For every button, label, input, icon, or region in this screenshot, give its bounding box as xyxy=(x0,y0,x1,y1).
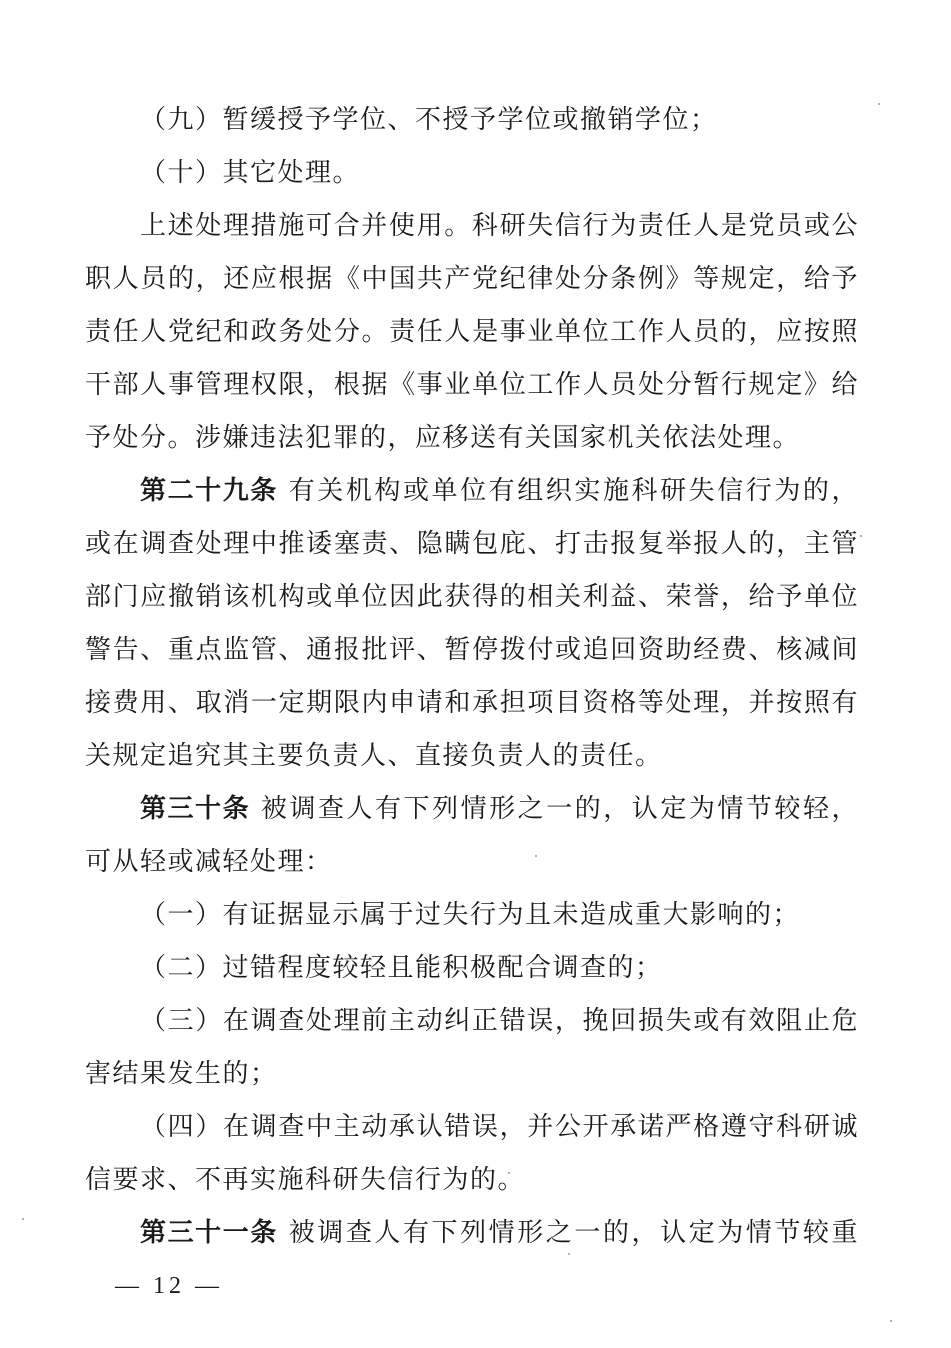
line-text: （十）其它处理。 xyxy=(140,158,360,188)
article-30-line-2: 可从轻或减轻处理： xyxy=(85,842,859,882)
paragraph-measures-line-3: 责任人党纪和政务处分。责任人是事业单位工作人员的，应按照 xyxy=(85,312,859,352)
scan-speck xyxy=(22,1218,24,1220)
article-30-item-1: （一）有证据显示属于过失行为且未造成重大影响的； xyxy=(140,895,859,935)
paragraph-measures-line-4: 干部人事管理权限，根据《事业单位工作人员处分暂行规定》给 xyxy=(85,365,859,405)
line-text: （九）暂缓授予学位、不授予学位或撤销学位； xyxy=(140,105,718,135)
line-text: 责任人党纪和政务处分。责任人是事业单位工作人员的，应按照 xyxy=(85,317,859,347)
article-29-line-2: 或在调查处理中推诿塞责、隐瞒包庇、打击报复举报人的，主管 xyxy=(85,524,859,564)
line-text: 予处分。涉嫌违法犯罪的，应移送有关国家机关依法处理。 xyxy=(85,423,800,453)
line-text: 干部人事管理权限，根据《事业单位工作人员处分暂行规定》给 xyxy=(85,370,859,400)
article-29-line-5: 接费用、取消一定期限内申请和承担项目资格等处理，并按照有 xyxy=(85,683,859,723)
line-text: 或在调查处理中推诿塞责、隐瞒包庇、打击报复举报人的，主管 xyxy=(85,529,859,559)
article-30-item-4-line-2: 信要求、不再实施科研失信行为的。 xyxy=(85,1160,859,1200)
line-text: （四）在调查中主动承认错误，并公开承诺严格遵守科研诚 xyxy=(140,1112,859,1142)
paragraph-measures-line-5: 予处分。涉嫌违法犯罪的，应移送有关国家机关依法处理。 xyxy=(85,418,859,458)
article-31-line-1: 第三十一条 被调查人有下列情形之一的，认定为情节较重 xyxy=(140,1213,859,1253)
line-text: （三）在调查处理前主动纠正错误，挽回损失或有效阻止危 xyxy=(140,1006,859,1036)
line-text: 信要求、不再实施科研失信行为的。 xyxy=(85,1165,525,1195)
line-text: （二）过错程度较轻且能积极配合调查的； xyxy=(140,953,663,983)
page-number: — 12 — xyxy=(115,1268,223,1304)
line-text: 关规定追究其主要负责人、直接负责人的责任。 xyxy=(85,741,663,771)
line-text: 被调查人有下列情形之一的，认定为情节较轻， xyxy=(250,794,859,824)
article-heading: 第三十一条 xyxy=(140,1218,278,1248)
line-text: 害结果发生的； xyxy=(85,1059,278,1089)
article-29-line-4: 警告、重点监管、通报批评、暂停拨付或追回资助经费、核减间 xyxy=(85,630,859,670)
line-text: 有关机构或单位有组织实施科研失信行为的， xyxy=(278,476,859,506)
line-text: 上述处理措施可合并使用。科研失信行为责任人是党员或公 xyxy=(140,211,859,241)
paragraph-measures-line-2: 职人员的，还应根据《中国共产党纪律处分条例》等规定，给予 xyxy=(85,259,859,299)
line-text: 接费用、取消一定期限内申请和承担项目资格等处理，并按照有 xyxy=(85,688,859,718)
line-text: 部门应撤销该机构或单位因此获得的相关利益、荣誉，给予单位 xyxy=(85,582,859,612)
article-29-line-1: 第二十九条 有关机构或单位有组织实施科研失信行为的， xyxy=(140,471,859,511)
text-line-item-10: （十）其它处理。 xyxy=(140,153,859,193)
scan-speck xyxy=(890,1320,892,1322)
line-text: 职人员的，还应根据《中国共产党纪律处分条例》等规定，给予 xyxy=(85,264,859,294)
line-text: （一）有证据显示属于过失行为且未造成重大影响的； xyxy=(140,900,800,930)
line-text: 警告、重点监管、通报批评、暂停拨付或追回资助经费、核减间 xyxy=(85,635,859,665)
article-30-item-3-line-2: 害结果发生的； xyxy=(85,1054,859,1094)
article-30-item-3-line-1: （三）在调查处理前主动纠正错误，挽回损失或有效阻止危 xyxy=(140,1001,859,1041)
line-text: 可从轻或减轻处理： xyxy=(85,847,333,877)
scan-speck xyxy=(860,535,862,537)
article-30-item-2: （二）过错程度较轻且能积极配合调查的； xyxy=(140,948,859,988)
article-29-line-3: 部门应撤销该机构或单位因此获得的相关利益、荣誉，给予单位 xyxy=(85,577,859,617)
paragraph-measures-line-1: 上述处理措施可合并使用。科研失信行为责任人是党员或公 xyxy=(140,206,859,246)
article-30-line-1: 第三十条 被调查人有下列情形之一的，认定为情节较轻， xyxy=(140,789,859,829)
scan-speck xyxy=(535,855,537,857)
line-text: 被调查人有下列情形之一的，认定为情节较重 xyxy=(278,1218,859,1248)
article-heading: 第二十九条 xyxy=(140,476,278,506)
scan-speck xyxy=(508,1172,510,1174)
article-30-item-4-line-1: （四）在调查中主动承认错误，并公开承诺严格遵守科研诚 xyxy=(140,1107,859,1147)
document-page: （九）暂缓授予学位、不授予学位或撤销学位； （十）其它处理。 上述处理措施可合并… xyxy=(0,0,951,1348)
scan-speck xyxy=(568,1253,570,1255)
text-line-item-9: （九）暂缓授予学位、不授予学位或撤销学位； xyxy=(140,100,859,140)
article-heading: 第三十条 xyxy=(140,794,250,824)
scan-speck xyxy=(878,103,880,105)
article-29-line-6: 关规定追究其主要负责人、直接负责人的责任。 xyxy=(85,736,859,776)
